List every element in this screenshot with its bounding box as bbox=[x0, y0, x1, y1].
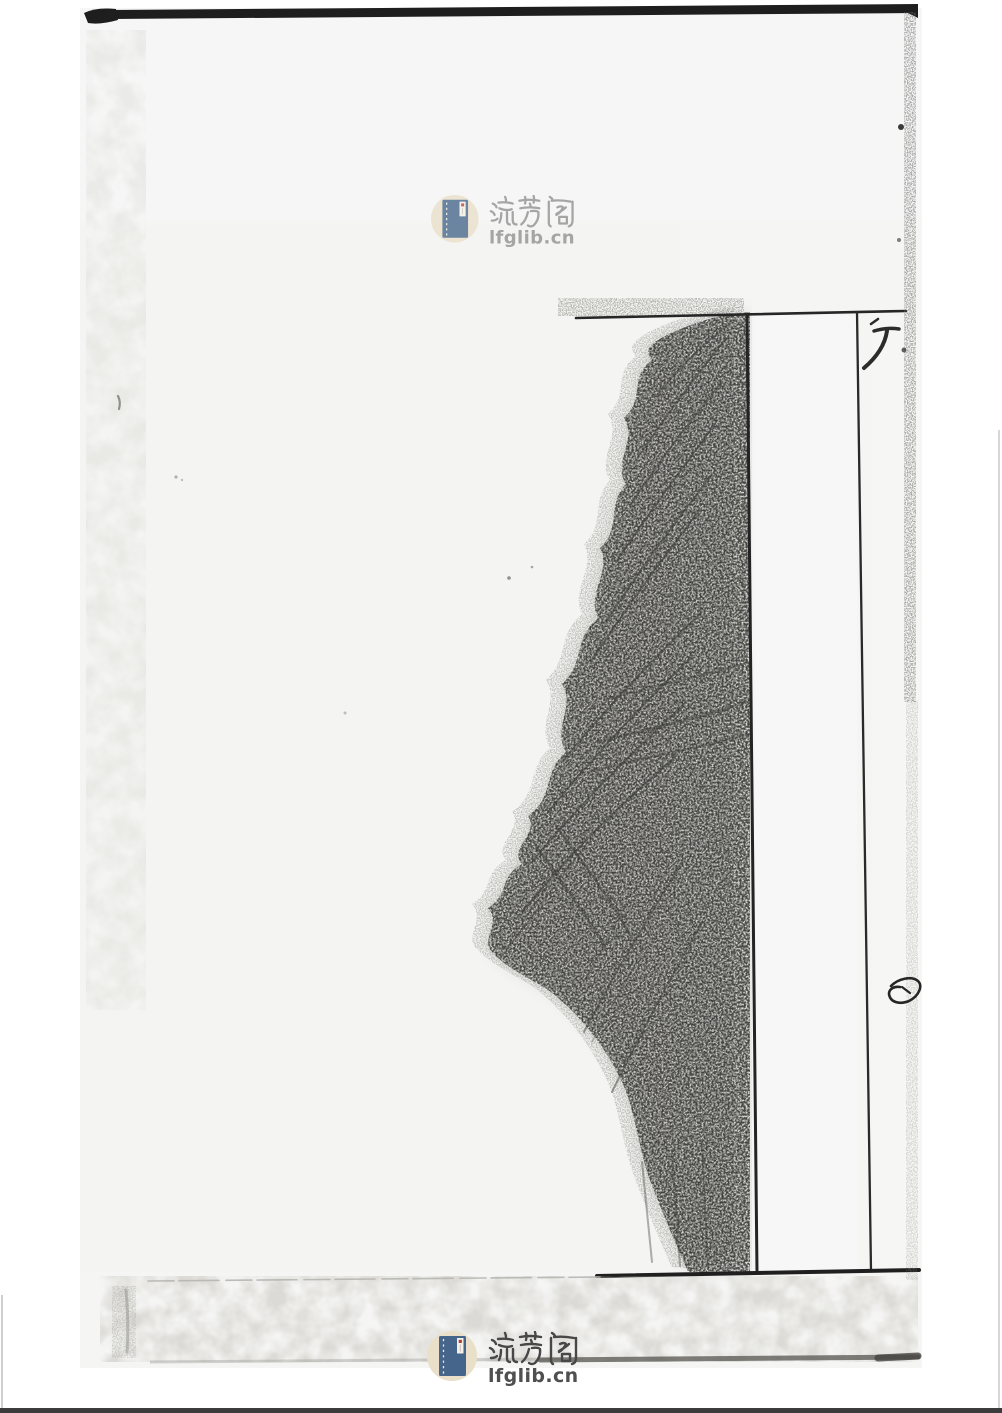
left-lower-edge-line bbox=[1, 1295, 3, 1408]
book-icon bbox=[427, 1331, 477, 1381]
book-seal bbox=[459, 1340, 462, 1343]
watermark-top: lfglib.cn bbox=[431, 195, 576, 247]
left-edge-texture bbox=[86, 30, 146, 1010]
book-seal bbox=[461, 203, 464, 206]
watermark-site-name bbox=[489, 195, 576, 229]
right-edge-line bbox=[998, 430, 1000, 1408]
watermark-domain: lfglib.cn bbox=[488, 1366, 580, 1386]
book-icon bbox=[431, 195, 479, 243]
watermark-text-block: lfglib.cn bbox=[488, 1331, 580, 1386]
watermark-text-block: lfglib.cn bbox=[489, 195, 576, 247]
watermark-domain: lfglib.cn bbox=[489, 228, 576, 247]
bottom-border bbox=[0, 1408, 1002, 1413]
watermark-site-name bbox=[488, 1331, 580, 1367]
document-scan: lfglib.cn bbox=[0, 0, 1002, 1413]
watermark-bottom: lfglib.cn bbox=[427, 1331, 580, 1386]
